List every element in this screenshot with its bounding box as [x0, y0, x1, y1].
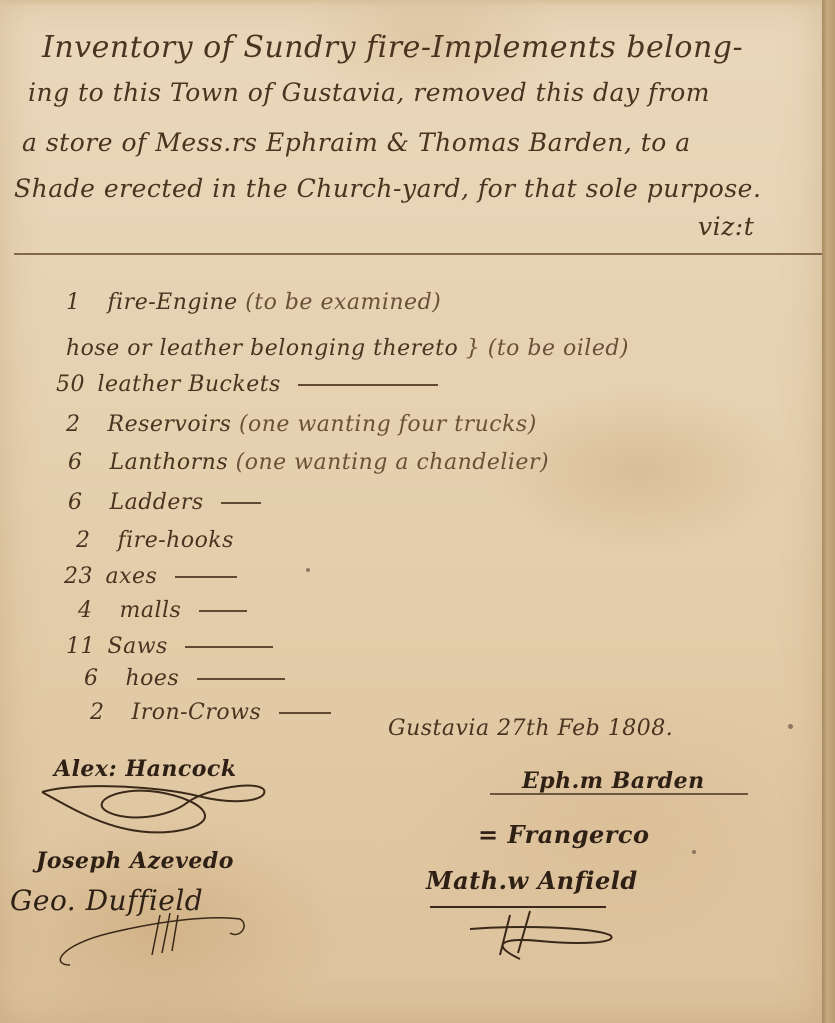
item-dash: [175, 576, 237, 578]
signature-azevedo: Joseph Azevedo: [36, 848, 234, 874]
item-dash: [298, 384, 438, 386]
item-name: fire-Engine: [108, 290, 238, 315]
ink-speck: [306, 568, 310, 572]
item-dash: [199, 610, 247, 612]
ink-speck: [692, 850, 696, 854]
inventory-item: 11 Saws: [66, 634, 273, 659]
item-note: (one wanting four trucks): [239, 412, 537, 437]
item-note: (one wanting a chandelier): [236, 450, 549, 475]
item-qty: 11: [66, 634, 100, 659]
header-divider: [14, 253, 822, 255]
signature-hancock: Alex: Hancock: [54, 756, 237, 782]
item-qty: 1: [66, 290, 100, 315]
signature-barden: Eph.m Barden: [522, 768, 705, 794]
item-dash: [279, 712, 331, 714]
item-qty: 23: [64, 564, 98, 589]
item-qty: 6: [84, 666, 118, 691]
inventory-item: 23 axes: [64, 564, 237, 589]
header-line-2: ing to this Town of Gustavia, removed th…: [28, 78, 710, 107]
signature-flourish: [40, 905, 250, 975]
item-qty: 6: [68, 450, 102, 475]
header-line-4: Shade erected in the Church-yard, for th…: [14, 174, 761, 203]
item-note: } (to be oiled): [466, 336, 629, 361]
page-edge: [822, 0, 835, 1023]
item-qty: 2: [66, 412, 100, 437]
item-name: Iron-Crows: [132, 700, 262, 725]
ink-speck: [788, 724, 793, 729]
inventory-item: 4 malls: [78, 598, 247, 623]
item-name: Lanthorns: [110, 450, 229, 475]
inventory-item: 50 leather Buckets: [56, 372, 438, 397]
header-line-1: Inventory of Sundry fire-Implements belo…: [42, 30, 743, 65]
signature-anfield: Math.w Anfield: [426, 866, 638, 895]
item-qty: 6: [68, 490, 102, 515]
inventory-item: 6 Lanthorns (one wanting a chandelier): [68, 450, 549, 475]
dateline: Gustavia 27th Feb 1808.: [388, 716, 673, 741]
signature-underline: [490, 793, 748, 795]
item-qty: 2: [90, 700, 124, 725]
item-name: leather Buckets: [98, 372, 281, 397]
item-name: axes: [106, 564, 158, 589]
item-qty: 4: [78, 598, 112, 623]
item-qty: 50: [56, 372, 90, 397]
item-name: Saws: [108, 634, 168, 659]
item-name: malls: [120, 598, 182, 623]
header-line-3: a store of Mess.rs Ephraim & Thomas Bard…: [22, 128, 691, 157]
inventory-item: 2 Reservoirs (one wanting four trucks): [66, 412, 537, 437]
top-fold: [0, 0, 822, 6]
item-name: Ladders: [110, 490, 204, 515]
item-name: hoes: [126, 666, 180, 691]
item-qty: 2: [76, 528, 110, 553]
item-name: fire-hooks: [118, 528, 234, 553]
signature-flourish: [38, 782, 278, 842]
signature-frangerco: = Frangerco: [478, 820, 650, 849]
inventory-item: 2 fire-hooks: [76, 528, 234, 553]
item-name: Reservoirs: [108, 412, 232, 437]
signature-flourish: [460, 905, 620, 965]
inventory-item: 2 Iron-Crows: [90, 700, 331, 725]
item-dash: [197, 678, 285, 680]
inventory-item: 6 Ladders: [68, 490, 261, 515]
inventory-item: hose or leather belonging thereto } (to …: [66, 336, 629, 361]
inventory-item: 6 hoes: [84, 666, 285, 691]
item-note: (to be examined): [245, 290, 441, 315]
header-line-viz: viz:t: [698, 212, 754, 241]
item-name: hose or leather belonging thereto: [66, 336, 458, 361]
inventory-item: 1 fire-Engine (to be examined): [66, 290, 441, 315]
item-dash: [221, 502, 261, 504]
item-dash: [185, 646, 273, 648]
